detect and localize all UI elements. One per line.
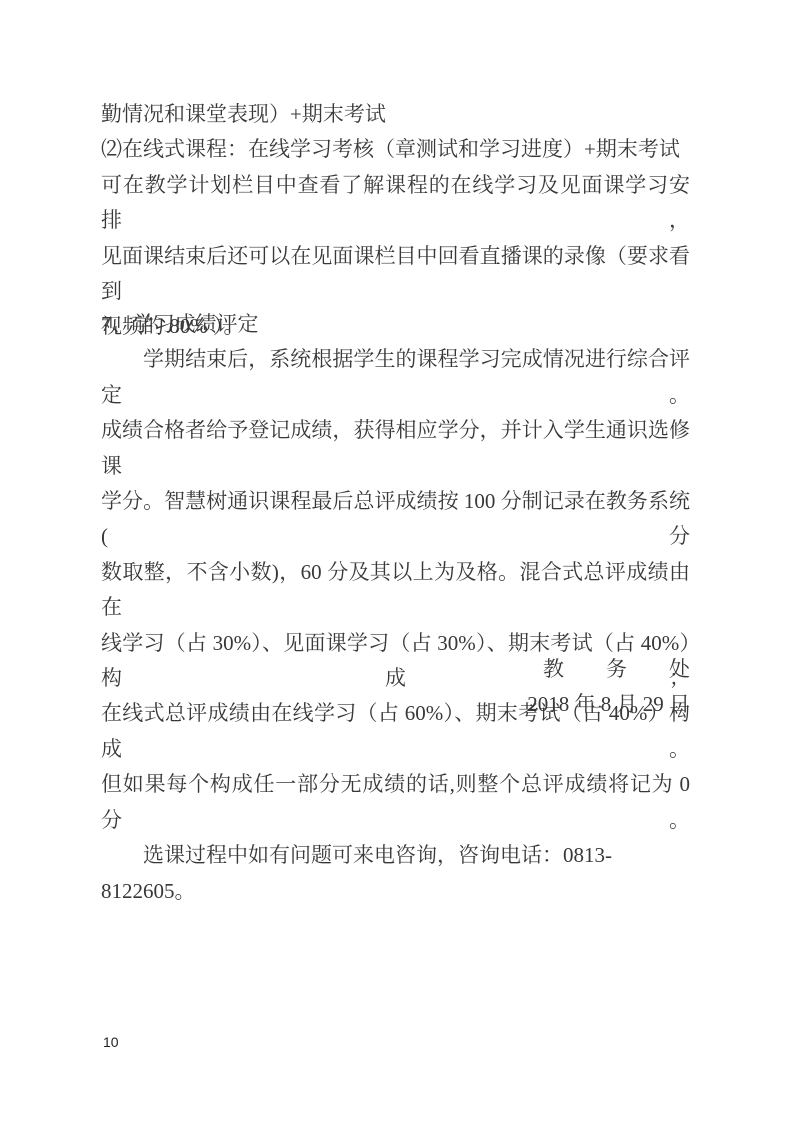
text-line: 成绩合格者给予登记成绩，获得相应学分，并计入学生通识选修课 [101,413,690,484]
text-line-contact-phone: 选课过程中如有问题可来电咨询，咨询电话：0813-8122605。 [101,838,690,909]
text-line: 但如果每个构成任一部分无成绩的话,则整个总评成绩将记为 0 分。 [101,767,690,838]
text-line: ⑵在线式课程：在线学习考核（章测试和学习进度）+期末考试 [101,132,690,167]
text-line: 可在教学计划栏目中查看了解课程的在线学习及见面课学习安排， [101,168,690,239]
signature-department: 教 务 处 [101,652,690,687]
document-page: 勤情况和课堂表现）+期末考试 ⑵在线式课程：在线学习考核（章测试和学习进度）+期… [0,0,793,1122]
section-grade-evaluation: 7、学习成绩评定 学期结束后，系统根据学生的课程学习完成情况进行综合评定。 成绩… [101,307,690,909]
text-line: 数取整，不含小数)，60 分及其以上为及格。混合式总评成绩由在 [101,555,690,626]
section-heading: 7、学习成绩评定 [101,307,690,342]
text-line: 学分。智慧树通识课程最后总评成绩按 100 分制记录在教务系统(分 [101,484,690,555]
text-line: 见面课结束后还可以在见面课栏目中回看直播课的录像（要求看到 [101,239,690,310]
text-line: 勤情况和课堂表现）+期末考试 [101,97,690,132]
signature-block: 教 务 处 2018 年 8 月 29 日 [101,652,690,723]
page-number: 10 [103,1034,119,1050]
signature-date: 2018 年 8 月 29 日 [101,687,690,722]
text-line: 学期结束后，系统根据学生的课程学习完成情况进行综合评定。 [101,342,690,413]
